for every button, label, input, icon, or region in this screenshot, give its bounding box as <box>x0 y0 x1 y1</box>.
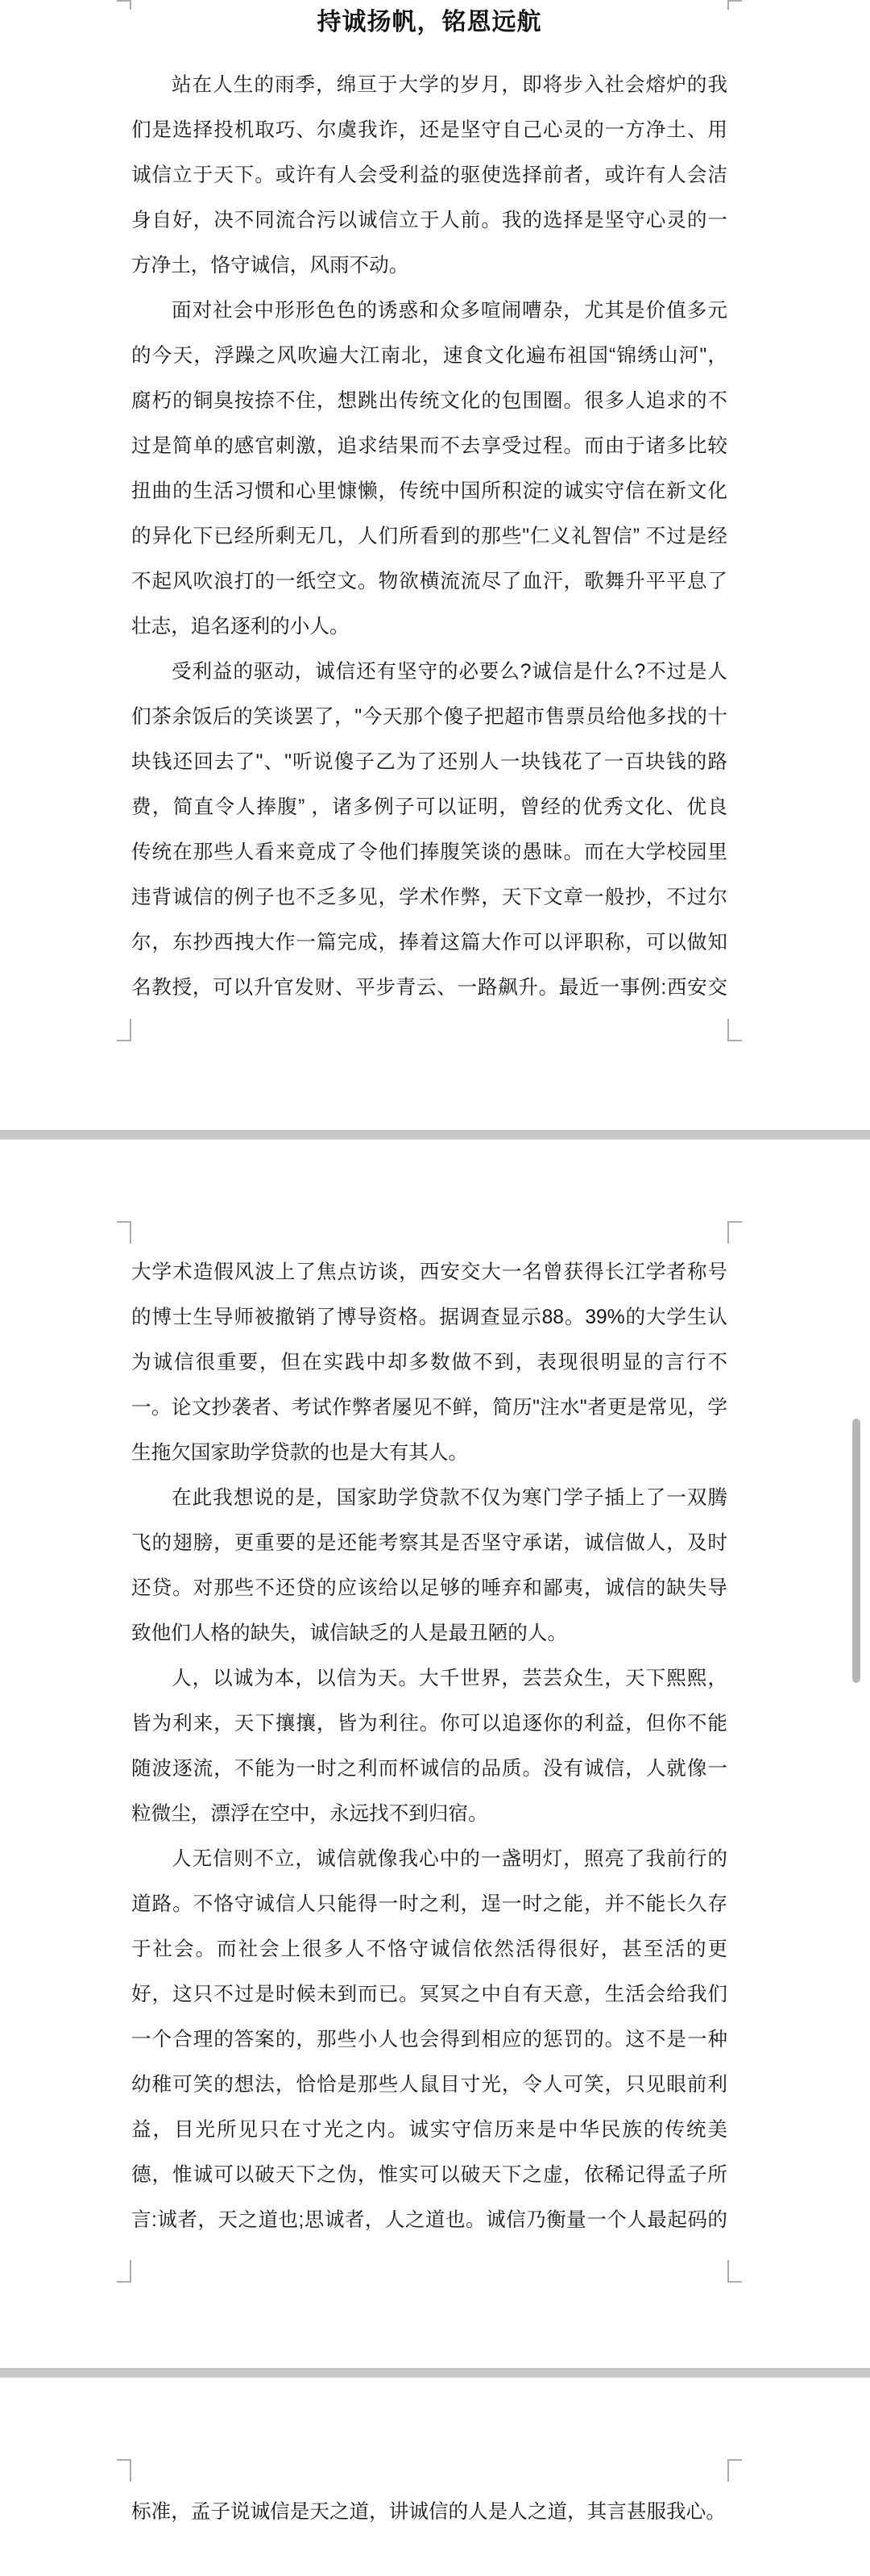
text-line: 生拖欠国家助学贷款的也是大有其人。 <box>131 1431 727 1476</box>
page-2-text: 大学术造假风波上了焦点访谈，西安交大一名曾获得长江学者称号的博士生导师被撤销了博… <box>131 1250 727 2243</box>
text-line: 块钱还回去了"、"听说傻子乙为了还别人一块钱花了一百块钱的路 <box>131 740 727 785</box>
text-line: 违背诚信的例子也不乏多见，学术作弊，天下文章一般抄，不过尔 <box>131 875 727 920</box>
text-line: 们是选择投机取巧、尔虞我诈，还是坚守自己心灵的一方净土、用 <box>131 108 727 153</box>
text-line: 的今天，浮躁之风吹遍大江南北，速食文化遍布祖国“锦绣山河"， <box>131 334 727 379</box>
text-line: 不起风吹浪打的一纸空文。物欲横流流尽了血汗，歌舞升平平息了 <box>131 559 727 605</box>
margin-crop-mark <box>727 1019 742 1041</box>
page-separator <box>0 1130 870 1140</box>
page-1-text: 站在人生的雨季，绵亘于大学的岁月，即将步入社会熔炉的我们是选择投机取巧、尔虞我诈… <box>131 63 727 1011</box>
page-2[interactable]: 大学术造假风波上了焦点访谈，西安交大一名曾获得长江学者称号的博士生导师被撤销了博… <box>0 1140 870 2368</box>
text-line: 腐朽的铜臭按捺不住，想跳出传统文化的包围圈。很多人追求的不 <box>131 379 727 424</box>
margin-crop-mark <box>727 2260 742 2283</box>
text-line: 飞的翅膀，更重要的是还能考察其是否坚守承诺，诚信做人，及时 <box>131 1521 727 1566</box>
margin-crop-mark <box>117 1019 131 1041</box>
margin-crop-mark <box>727 2459 742 2482</box>
margin-crop-mark <box>727 1221 742 1244</box>
document-viewer: 持诚扬帆，铭恩远航 站在人生的雨季，绵亘于大学的岁月，即将步入社会熔炉的我们是选… <box>0 0 870 2576</box>
text-line: 于社会。而社会上很多人不恪守诚信依然活得很好，甚至活的更 <box>131 1927 727 1972</box>
text-line: 一个合理的答案的，那些小人也会得到相应的惩罚的。这不是一种 <box>131 2017 727 2063</box>
text-line: 面对社会中形形色色的诱惑和众多喧闹嘈杂，尤其是价值多元 <box>131 289 727 334</box>
text-line: 的博士生导师被撤销了博导资格。据调查显示88。39%的大学生认 <box>131 1295 727 1340</box>
text-line: 身自好，决不同流合污以诚信立于人前。我的选择是坚守心灵的一 <box>131 198 727 243</box>
margin-crop-mark <box>117 2459 131 2482</box>
text-line: 在此我想说的是，国家助学贷款不仅为寒门学子插上了一双腾 <box>131 1476 727 1521</box>
text-line: 标准，孟子说诚信是天之道，讲诚信的人是人之道，其言甚服我心。 <box>131 2490 727 2535</box>
text-line: 致他们人格的缺失，诚信缺乏的人是最丑陋的人。 <box>131 1611 727 1656</box>
text-line: 的异化下已经所剩无几，人们所看到的那些"仁义礼智信” 不过是经 <box>131 514 727 559</box>
margin-crop-mark <box>117 2260 131 2283</box>
page-3[interactable]: 标准，孟子说诚信是天之道，讲诚信的人是人之道，其言甚服我心。 <box>0 2378 870 2576</box>
text-line: 扭曲的生活习惯和心里慷懒，传统中国所积淀的诚实守信在新文化 <box>131 469 727 514</box>
text-line: 壮志，追名逐利的小人。 <box>131 605 727 650</box>
text-line: 过是简单的感官刺激，追求结果而不去享受过程。而由于诸多比较 <box>131 424 727 469</box>
margin-crop-mark <box>117 1221 131 1244</box>
text-line: 人无信则不立，诚信就像我心中的一盏明灯，照亮了我前行的 <box>131 1837 727 1882</box>
text-line: 还贷。对那些不还贷的应该给以足够的唾弃和鄙夷，诚信的缺失导 <box>131 1566 727 1611</box>
text-line: 道路。不恪守诚信人只能得一时之利，逞一时之能，并不能长久存 <box>131 1882 727 1927</box>
margin-crop-mark <box>727 0 742 10</box>
text-line: 为诚信很重要，但在实践中却多数做不到，表现很明显的言行不 <box>131 1340 727 1386</box>
text-line: 好，这只不过是时候未到而已。冥冥之中自有天意，生活会给我们 <box>131 1972 727 2017</box>
text-line: 人，以诚为本，以信为天。大千世界，芸芸众生，天下熙熙， <box>131 1656 727 1701</box>
text-line: 随波逐流，不能为一时之利而杯诚信的品质。没有诚信，人就像一 <box>131 1747 727 1792</box>
scrollbar-thumb[interactable] <box>852 1419 860 1683</box>
text-line: 受利益的驱动，诚信还有坚守的必要么?诚信是什么?不过是人 <box>131 650 727 695</box>
text-line: 站在人生的雨季，绵亘于大学的岁月，即将步入社会熔炉的我 <box>131 63 727 108</box>
page-separator <box>0 2368 870 2378</box>
text-line: 名教授，可以升官发财、平步青云、一路飙升。最近一事例:西安交 <box>131 966 727 1011</box>
text-line: 一。论文抄袭者、考试作弊者屡见不鲜，简历"注水"者更是常见，学 <box>131 1386 727 1431</box>
page-1[interactable]: 持诚扬帆，铭恩远航 站在人生的雨季，绵亘于大学的岁月，即将步入社会熔炉的我们是选… <box>0 0 870 1130</box>
text-line: 言:诚者，天之道也;思诚者，人之道也。诚信乃衡量一个人最起码的 <box>131 2198 727 2243</box>
document-title: 持诚扬帆，铭恩远航 <box>131 5 727 40</box>
text-line: 德，惟诚可以破天下之伪，惟实可以破天下之虚，依稀记得孟子所 <box>131 2153 727 2198</box>
text-line: 皆为利来，天下攘攘，皆为利往。你可以追逐你的利益，但你不能 <box>131 1701 727 1747</box>
text-line: 诚信立于天下。或许有人会受利益的驱使选择前者，或许有人会洁 <box>131 153 727 198</box>
text-line: 们茶余饭后的笑谈罢了，"今天那个傻子把超市售票员给他多找的十 <box>131 695 727 740</box>
page-3-text: 标准，孟子说诚信是天之道，讲诚信的人是人之道，其言甚服我心。 <box>131 2490 727 2535</box>
text-line: 幼稚可笑的想法，恰恰是那些人鼠目寸光，令人可笑，只见眼前利 <box>131 2063 727 2108</box>
text-line: 大学术造假风波上了焦点访谈，西安交大一名曾获得长江学者称号 <box>131 1250 727 1295</box>
text-line: 方净土，恪守诚信，风雨不动。 <box>131 243 727 289</box>
text-line: 传统在那些人看来竟成了令他们捧腹笑谈的愚昧。而在大学校园里 <box>131 830 727 875</box>
text-line: 费，简直令人捧腹” ，诸多例子可以证明，曾经的优秀文化、优良 <box>131 785 727 830</box>
text-line: 尔，东抄西拽大作一篇完成，捧着这篇大作可以评职称，可以做知 <box>131 920 727 966</box>
margin-crop-mark <box>117 0 131 10</box>
text-line: 粒微尘，漂浮在空中，永远找不到归宿。 <box>131 1792 727 1837</box>
text-line: 益，目光所见只在寸光之内。诚实守信历来是中华民族的传统美 <box>131 2108 727 2153</box>
